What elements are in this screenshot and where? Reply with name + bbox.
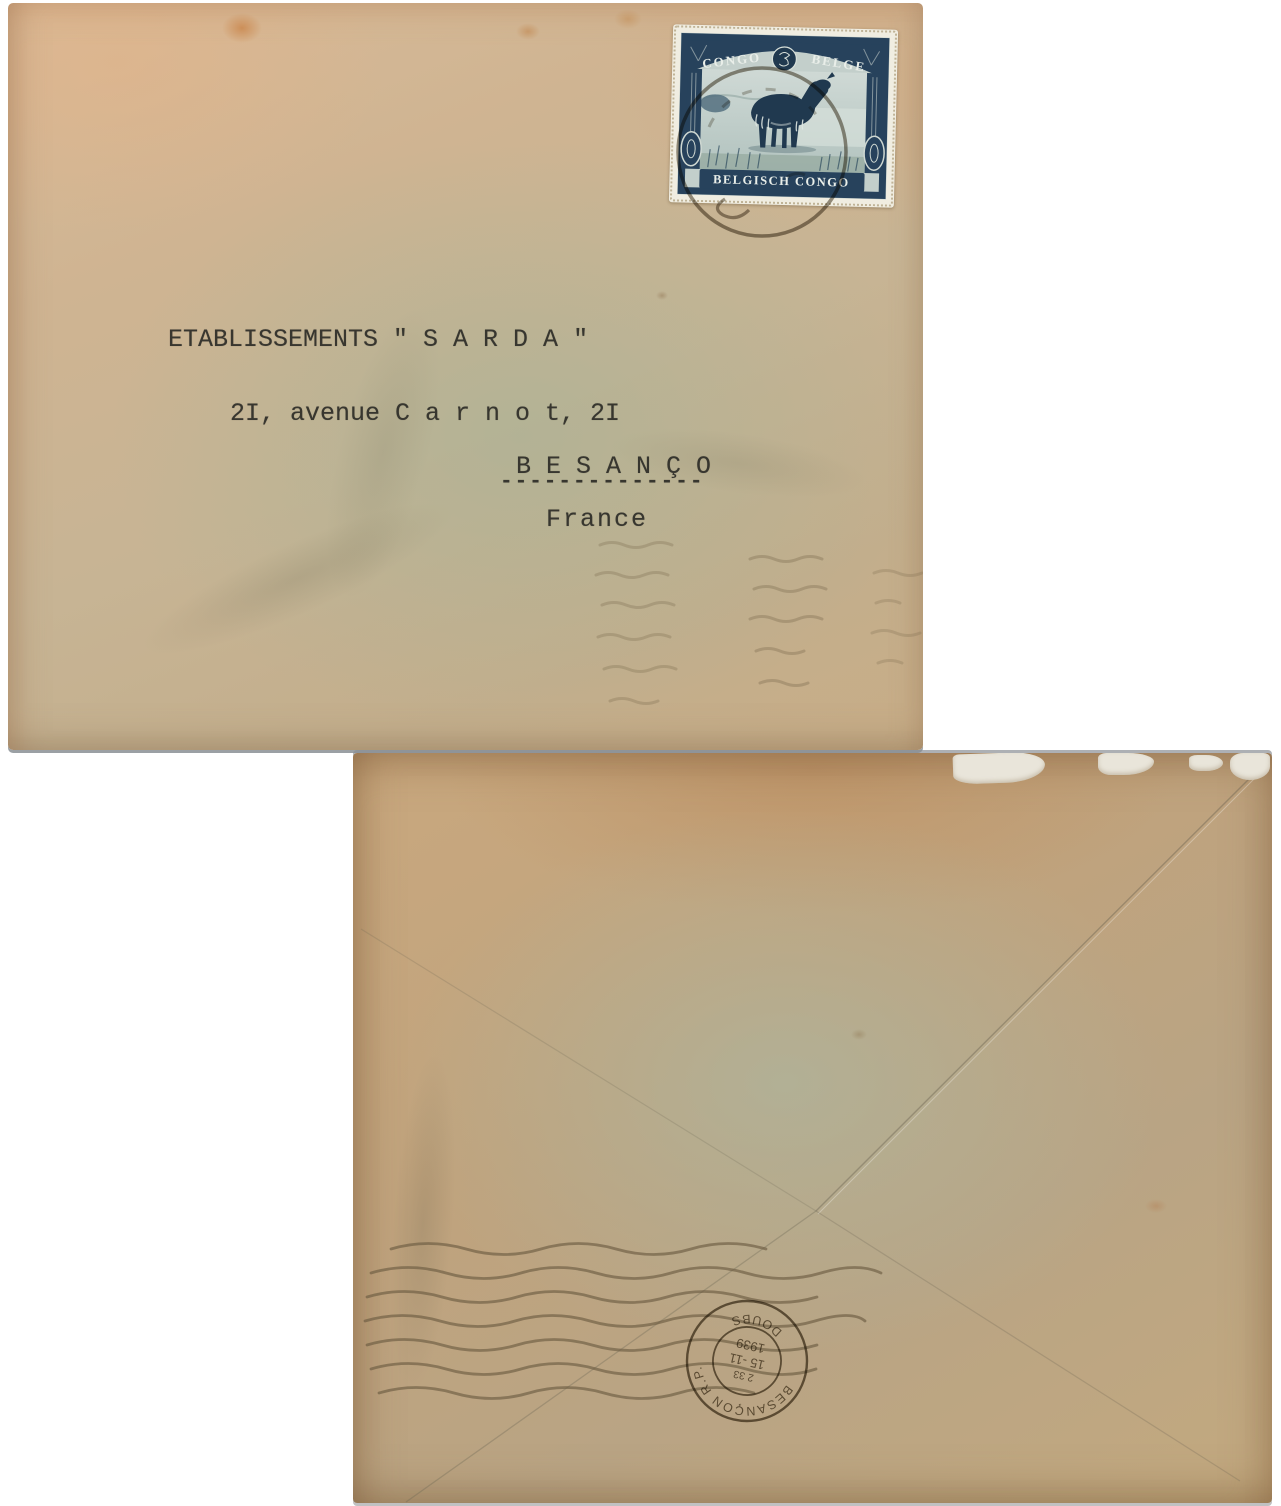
stain	[614, 9, 642, 29]
crease-shadow	[128, 477, 467, 679]
address-line-company: ETABLISSEMENTS " S A R D A "	[168, 325, 588, 354]
svg-text:DOUBS: DOUBS	[725, 1307, 787, 1341]
torn-paper-patch	[1189, 755, 1223, 771]
address-line-country: France	[546, 505, 648, 534]
stain	[516, 23, 540, 40]
torn-paper-patch	[1230, 753, 1270, 780]
address-underline-dashes: --------------	[500, 471, 704, 494]
envelope-back-photo: BESANÇON R.P. DOUBS 2 33 15 -11 1939	[353, 753, 1272, 1503]
back-machine-cancel-waves	[357, 1221, 917, 1431]
stain	[656, 291, 668, 300]
postmark-squiggle	[717, 199, 749, 218]
envelope-front-photo: CONGO BELGE BELGISCH CONGO	[8, 3, 923, 750]
scan-page: CONGO BELGE BELGISCH CONGO	[0, 0, 1281, 1506]
stain	[222, 13, 262, 43]
address-line-street: 2I, avenue C a r n o t, 2I	[230, 399, 620, 428]
front-machine-cancel	[568, 523, 923, 728]
front-postmark	[669, 57, 855, 253]
postmark-arc-bottom-text: DOUBS	[725, 1307, 787, 1341]
